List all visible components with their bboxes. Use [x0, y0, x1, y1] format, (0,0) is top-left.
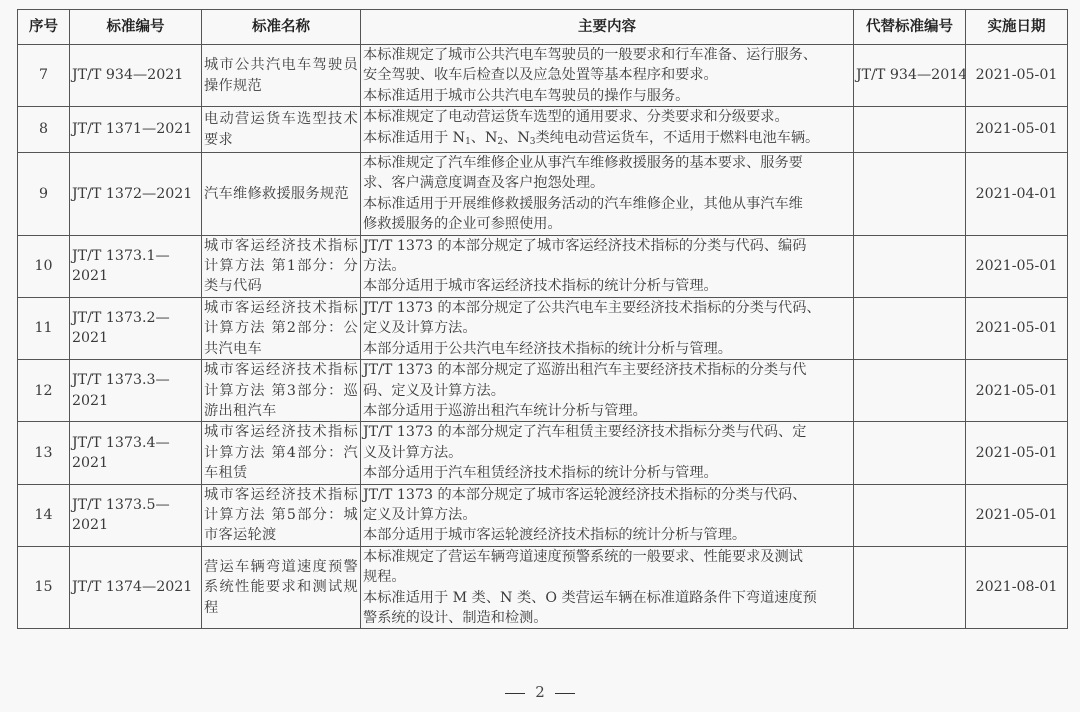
content-line: 码、定义及计算方法。 — [363, 381, 851, 401]
dash-right — [555, 693, 575, 694]
table-row: 12 JT/T 1373.3—2021 城市客运经济技术指标计算方法 第3部分：… — [18, 360, 1068, 422]
content-line: 修救援服务的企业可参照使用。 — [363, 214, 851, 234]
row-standard-code: JT/T 1373.3—2021 — [70, 360, 202, 422]
row-standard-name: 城市客运经济技术指标计算方法 第3部分：巡游出租汽车 — [202, 360, 361, 422]
content-line: 本部分适用于城市客运经济技术指标的统计分析与管理。 — [363, 276, 851, 296]
table-row: 7 JT/T 934—2021 城市公共汽电车驾驶员操作规范 本标准规定了城市公… — [18, 45, 1068, 107]
content-line: 本标准适用于开展维修救援服务活动的汽车维修企业，其他从事汽车维 — [363, 194, 851, 214]
row-main-content: JT/T 1373 的本部分规定了城市客运轮渡经济技术指标的分类与代码、 定义及… — [361, 484, 854, 546]
row-standard-name: 城市客运经济技术指标计算方法 第1部分：分类与代码 — [202, 235, 361, 297]
row-standard-name: 城市客运经济技术指标计算方法 第5部分：城市客运轮渡 — [202, 484, 361, 546]
content-line: JT/T 1373 的本部分规定了城市客运经济技术指标的分类与代码、编码 — [363, 236, 851, 256]
row-replaced-standard — [854, 235, 966, 297]
row-standard-code: JT/T 934—2021 — [70, 45, 202, 107]
page-footer: 2 — [0, 683, 1080, 701]
content-line: 本部分适用于巡游出租汽车统计分析与管理。 — [363, 401, 851, 421]
content-line: 本标准规定了营运车辆弯道速度预警系统的一般要求、性能要求及测试 — [363, 547, 851, 567]
row-effective-date: 2021-05-01 — [966, 107, 1068, 153]
content-line: 警系统的设计、制造和检测。 — [363, 608, 851, 628]
dash-left — [505, 693, 525, 694]
row-standard-code: JT/T 1373.5—2021 — [70, 484, 202, 546]
row-effective-date: 2021-05-01 — [966, 235, 1068, 297]
standards-table: 序号 标准编号 标准名称 主要内容 代替标准编号 实施日期 7 JT/T 934… — [17, 9, 1068, 629]
header-effective-date: 实施日期 — [966, 10, 1068, 45]
row-index: 13 — [18, 422, 70, 484]
content-line: 本标准规定了汽车维修企业从事汽车维修救援服务的基本要求、服务要 — [363, 153, 851, 173]
row-main-content: 本标准规定了电动营运货车选型的通用要求、分类要求和分级要求。 本标准适用于 N1… — [361, 107, 854, 153]
content-line: 本标准规定了电动营运货车选型的通用要求、分类要求和分级要求。 — [363, 107, 851, 127]
row-replaced-standard — [854, 422, 966, 484]
row-main-content: JT/T 1373 的本部分规定了城市客运经济技术指标的分类与代码、编码 方法。… — [361, 235, 854, 297]
row-standard-code: JT/T 1374—2021 — [70, 546, 202, 629]
row-index: 10 — [18, 235, 70, 297]
row-replaced-standard — [854, 360, 966, 422]
row-replaced-standard — [854, 297, 966, 359]
row-replaced-standard — [854, 153, 966, 236]
content-line: 本部分适用于汽车租赁经济技术指标的统计分析与管理。 — [363, 463, 851, 483]
row-main-content: 本标准规定了营运车辆弯道速度预警系统的一般要求、性能要求及测试 规程。 本标准适… — [361, 546, 854, 629]
header-main-content: 主要内容 — [361, 10, 854, 45]
table-row: 11 JT/T 1373.2—2021 城市客运经济技术指标计算方法 第2部分：… — [18, 297, 1068, 359]
table-row: 14 JT/T 1373.5—2021 城市客运经济技术指标计算方法 第5部分：… — [18, 484, 1068, 546]
row-standard-code: JT/T 1373.2—2021 — [70, 297, 202, 359]
row-main-content: JT/T 1373 的本部分规定了公共汽电车主要经济技术指标的分类与代码、 定义… — [361, 297, 854, 359]
row-standard-code: JT/T 1371—2021 — [70, 107, 202, 153]
row-standard-name: 城市客运经济技术指标计算方法 第4部分：汽车租赁 — [202, 422, 361, 484]
content-line: 求、客户满意度调查及客户抱怨处理。 — [363, 173, 851, 193]
row-effective-date: 2021-05-01 — [966, 484, 1068, 546]
content-line: 安全驾驶、收车后检查以及应急处置等基本程序和要求。 — [363, 65, 851, 85]
row-standard-name: 城市客运经济技术指标计算方法 第2部分：公共汽电车 — [202, 297, 361, 359]
content-line: JT/T 1373 的本部分规定了公共汽电车主要经济技术指标的分类与代码、 — [363, 298, 851, 318]
row-replaced-standard — [854, 484, 966, 546]
table-row: 8 JT/T 1371—2021 电动营运货车选型技术要求 本标准规定了电动营运… — [18, 107, 1068, 153]
table-header-row: 序号 标准编号 标准名称 主要内容 代替标准编号 实施日期 — [18, 10, 1068, 45]
row-effective-date: 2021-05-01 — [966, 297, 1068, 359]
header-replaced-standard: 代替标准编号 — [854, 10, 966, 45]
row-standard-code: JT/T 1372—2021 — [70, 153, 202, 236]
row-main-content: JT/T 1373 的本部分规定了巡游出租汽车主要经济技术指标的分类与代 码、定… — [361, 360, 854, 422]
row-effective-date: 2021-08-01 — [966, 546, 1068, 629]
row-standard-code: JT/T 1373.1—2021 — [70, 235, 202, 297]
content-line: 本标准适用于 M 类、N 类、O 类营运车辆在标准道路条件下弯道速度预 — [363, 588, 851, 608]
row-effective-date: 2021-05-01 — [966, 422, 1068, 484]
row-index: 7 — [18, 45, 70, 107]
row-effective-date: 2021-05-01 — [966, 360, 1068, 422]
row-replaced-standard: JT/T 934—2014 — [854, 45, 966, 107]
row-index: 11 — [18, 297, 70, 359]
row-index: 12 — [18, 360, 70, 422]
content-line: 本标准适用于城市公共汽电车驾驶员的操作与服务。 — [363, 86, 851, 106]
content-line: 方法。 — [363, 256, 851, 276]
header-index: 序号 — [18, 10, 70, 45]
row-effective-date: 2021-04-01 — [966, 153, 1068, 236]
row-standard-name: 电动营运货车选型技术要求 — [202, 107, 361, 153]
row-index: 14 — [18, 484, 70, 546]
row-replaced-standard — [854, 107, 966, 153]
row-replaced-standard — [854, 546, 966, 629]
row-main-content: JT/T 1373 的本部分规定了汽车租赁主要经济技术指标分类与代码、定 义及计… — [361, 422, 854, 484]
content-line: 本标准规定了城市公共汽电车驾驶员的一般要求和行车准备、运行服务、 — [363, 45, 851, 65]
page-number: 2 — [535, 683, 545, 701]
row-standard-name: 城市公共汽电车驾驶员操作规范 — [202, 45, 361, 107]
table-row: 9 JT/T 1372—2021 汽车维修救援服务规范 本标准规定了汽车维修企业… — [18, 153, 1068, 236]
row-standard-code: JT/T 1373.4—2021 — [70, 422, 202, 484]
row-effective-date: 2021-05-01 — [966, 45, 1068, 107]
content-line: JT/T 1373 的本部分规定了汽车租赁主要经济技术指标分类与代码、定 — [363, 422, 851, 442]
row-main-content: 本标准规定了城市公共汽电车驾驶员的一般要求和行车准备、运行服务、 安全驾驶、收车… — [361, 45, 854, 107]
table-row: 15 JT/T 1374—2021 营运车辆弯道速度预警系统性能要求和测试规程 … — [18, 546, 1068, 629]
row-index: 8 — [18, 107, 70, 153]
table-row: 10 JT/T 1373.1—2021 城市客运经济技术指标计算方法 第1部分：… — [18, 235, 1068, 297]
row-standard-name: 汽车维修救援服务规范 — [202, 153, 361, 236]
content-line: 定义及计算方法。 — [363, 318, 851, 338]
content-line: 定义及计算方法。 — [363, 505, 851, 525]
row-main-content: 本标准规定了汽车维修企业从事汽车维修救援服务的基本要求、服务要 求、客户满意度调… — [361, 153, 854, 236]
table-row: 13 JT/T 1373.4—2021 城市客运经济技术指标计算方法 第4部分：… — [18, 422, 1068, 484]
content-line: 本部分适用于公共汽电车经济技术指标的统计分析与管理。 — [363, 339, 851, 359]
row-standard-name: 营运车辆弯道速度预警系统性能要求和测试规程 — [202, 546, 361, 629]
content-line: 义及计算方法。 — [363, 443, 851, 463]
content-line: JT/T 1373 的本部分规定了城市客运轮渡经济技术指标的分类与代码、 — [363, 485, 851, 505]
content-line: JT/T 1373 的本部分规定了巡游出租汽车主要经济技术指标的分类与代 — [363, 360, 851, 380]
content-line: 本部分适用于城市客运轮渡经济技术指标的统计分析与管理。 — [363, 525, 851, 545]
header-standard-code: 标准编号 — [70, 10, 202, 45]
header-standard-name: 标准名称 — [202, 10, 361, 45]
content-line: 本标准适用于 N1、N2、N3类纯电动营运货车，不适用于燃料电池车辆。 — [363, 128, 851, 152]
row-index: 9 — [18, 153, 70, 236]
row-index: 15 — [18, 546, 70, 629]
content-line: 规程。 — [363, 567, 851, 587]
